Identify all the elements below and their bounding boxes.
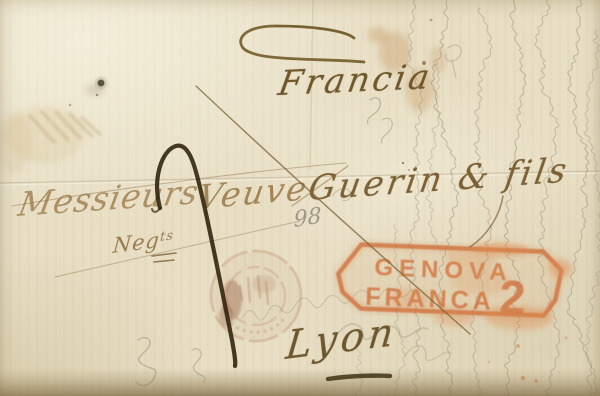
handwritten-city: Lyon [284, 313, 399, 366]
pen-flourish [241, 26, 364, 62]
red-specks [488, 337, 568, 383]
handwritten-name-guerin: Guerin & fils [306, 153, 572, 206]
handwritten-profession: Negts [112, 228, 175, 257]
letter-photo: GENOVA FRANCA 2 Francia Messieurs Veuve … [0, 0, 600, 396]
profession-base: Neg [112, 228, 161, 258]
city-underline [328, 376, 390, 379]
handwritten-salutation: Messieurs [16, 175, 202, 221]
pencil-number: 98 [294, 205, 322, 232]
stamp-city: GENOVA [374, 254, 513, 286]
stamp-rate: 2 [498, 270, 526, 324]
stamp-frame [337, 244, 562, 317]
stamp-smudges [386, 239, 573, 332]
profession-superscript: ts [159, 228, 174, 245]
handwritten-country: Francia [276, 60, 435, 101]
ink-blot [98, 80, 105, 87]
